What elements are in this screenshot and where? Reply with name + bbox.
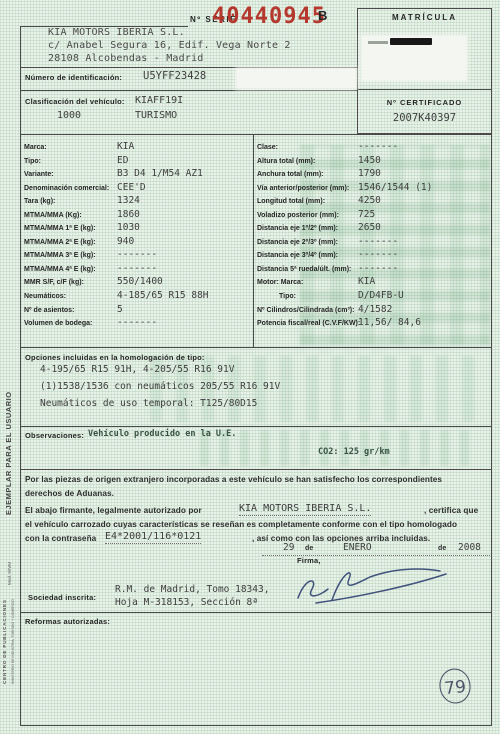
spec-right-label: Distancia eje 1º/2º (mm): <box>257 225 358 232</box>
spec-left-row: Neumáticos:4-185/65 R15 88H <box>24 290 250 304</box>
reforms-label: Reformas autorizadas: <box>25 617 110 626</box>
spec-left-label: Nº de asientos: <box>24 307 117 314</box>
frame-line <box>253 134 254 347</box>
spec-right-value: 725 <box>358 209 375 220</box>
vin-value: U5YFF23428 <box>143 70 206 82</box>
copy-type-label: EJEMPLAR PARA EL USUARIO <box>4 350 13 515</box>
spec-left-label: Neumáticos: <box>24 293 117 300</box>
serial-suffix: B <box>318 8 328 23</box>
registry-line2: Hoja M-318153, Sección 8ª <box>115 597 258 608</box>
spec-right-row: Distancia eje 1º/2º (mm):2650 <box>257 222 489 236</box>
spec-right-label: Nº Cilindros/Cilindrada (cm³): <box>257 307 358 314</box>
spec-right-row: Vía anterior/posterior (mm):1546/1544 (1… <box>257 182 489 196</box>
spec-left-value: B3 D4 1/M54 AZ1 <box>117 168 203 179</box>
spec-right-row: Tipo:D/D4FB-U <box>257 290 489 304</box>
spec-left-label: Variante: <box>24 171 117 178</box>
spec-right-row: Voladizo posterior (mm):725 <box>257 209 489 223</box>
spec-left-label: MMR S/F, c/F (kg): <box>24 279 117 286</box>
spec-left-value: 940 <box>117 236 134 247</box>
frame-line <box>20 469 492 470</box>
options-title: Opciones incluidas en la homologación de… <box>25 353 205 362</box>
spec-right-value: ------- <box>358 249 398 260</box>
spec-left-label: MTMA/MMA 3ª E (kg): <box>24 252 117 259</box>
spec-right-row: Distancia eje 2º/3º (mm):------- <box>257 236 489 250</box>
spec-left-row: Denominación comercial:CEE'D <box>24 182 250 196</box>
spec-left-label: MTMA/MMA 1ª E (kg): <box>24 225 117 232</box>
spec-right-label: Distancia eje 3º/4º (mm): <box>257 252 358 259</box>
frame-line <box>491 90 492 726</box>
spec-left-row: Tipo:ED <box>24 155 250 169</box>
spec-left-row: Tara (kg):1324 <box>24 195 250 209</box>
vin-redaction <box>237 69 355 88</box>
classification-label: Clasificación del vehículo: <box>25 97 125 106</box>
handwritten-circled-number: 79 <box>430 660 482 712</box>
specs-right-column: Clase:-------Altura total (mm):1450Anchu… <box>257 141 489 331</box>
spec-left-row: Variante:B3 D4 1/M54 AZ1 <box>24 168 250 182</box>
spec-left-value: ------- <box>117 317 157 328</box>
issuer-name: KIA MOTORS IBERIA S.L. <box>48 27 185 38</box>
spec-left-row: MTMA/MMA 3ª E (kg):------- <box>24 249 250 263</box>
observations-label: Observaciones: <box>25 431 84 440</box>
certification-text-line2: el vehículo carrozado cuyas característi… <box>25 520 457 529</box>
spec-left-value: 1860 <box>117 209 140 220</box>
spec-right-row: Distancia eje 3º/4º (mm):------- <box>257 249 489 263</box>
spec-left-value: CEE'D <box>117 182 146 193</box>
observations-value: Vehículo producido en la U.E. <box>88 429 236 439</box>
customs-text-line1: Por las piezas de origen extranjero inco… <box>25 475 442 484</box>
matricula-label: MATRÍCULA <box>357 13 492 22</box>
classification-class-name: TURISMO <box>135 110 177 121</box>
spec-right-value: 4/1582 <box>358 304 392 315</box>
spec-left-label: Tipo: <box>24 158 117 165</box>
date-month: ENERO <box>343 542 372 553</box>
spec-right-label: Clase: <box>257 144 358 151</box>
spec-left-label: Tara (kg): <box>24 198 117 205</box>
classification-type-code: KIAFF19I <box>135 95 183 106</box>
signature <box>288 558 463 606</box>
customs-text-line2: derechos de Aduanas. <box>25 489 114 498</box>
frame-line <box>20 725 492 726</box>
circle-icon: 79 <box>430 660 482 712</box>
spec-left-row: MTMA/MMA 4ª E (kg):------- <box>24 263 250 277</box>
date-year: 2008 <box>458 542 481 553</box>
spec-right-row: Nº Cilindros/Cilindrada (cm³):4/1582 <box>257 304 489 318</box>
certificate-label: Nº CERTIFICADO <box>357 98 492 107</box>
registry-line1: R.M. de Madrid, Tomo 18343, <box>115 584 269 595</box>
option-line: 4-195/65 R15 91H, 4-205/55 R16 91V <box>40 364 480 381</box>
spec-right-label: Motor: Marca: <box>257 279 358 286</box>
spec-right-value: D/D4FB-U <box>358 290 404 301</box>
spec-right-label: Potencia fiscal/real (C.V.F/KW): <box>257 320 358 327</box>
frame-line <box>20 90 358 91</box>
spec-right-label: Distancia 5ª rueda/últ. (mm): <box>257 266 358 273</box>
vehicle-technical-card: Nº SERIE 40440945 B MATRÍCULA KIA MOTORS… <box>0 0 500 734</box>
spec-right-row: Clase:------- <box>257 141 489 155</box>
spec-left-value: 550/1400 <box>117 276 163 287</box>
homologation-code: E4*2001/116*0121 <box>105 531 201 544</box>
spec-left-row: MTMA/MMA (Kg):1860 <box>24 209 250 223</box>
serial-number: 40440945 <box>212 4 326 29</box>
certificate-value: 2007K40397 <box>357 112 492 124</box>
frame-line <box>20 426 492 427</box>
registry-label: Sociedad inscrita: <box>28 593 96 602</box>
spec-left-row: Nº de asientos:5 <box>24 304 250 318</box>
date-day: 29 <box>283 542 294 553</box>
spec-right-label: Vía anterior/posterior (mm): <box>257 185 358 192</box>
certification-text-post: , certifica que <box>424 506 478 515</box>
spec-right-label: Tipo: <box>257 293 358 300</box>
spec-right-label: Voladizo posterior (mm): <box>257 212 358 219</box>
spec-right-label: Longitud total (mm): <box>257 198 358 205</box>
spec-right-label: Distancia eje 2º/3º (mm): <box>257 239 358 246</box>
frame-line <box>20 347 492 348</box>
spec-left-label: MTMA/MMA 4ª E (kg): <box>24 266 117 273</box>
spec-left-value: KIA <box>117 141 134 152</box>
frame-line <box>20 612 492 613</box>
ministry-label: MINISTERIO DE INDUSTRIA, TURISMO Y COMER… <box>11 594 15 684</box>
spec-left-value: ------- <box>117 249 157 260</box>
svg-text:79: 79 <box>443 677 467 699</box>
spec-right-value: 2650 <box>358 222 381 233</box>
certification-text-pre3: con la contraseña <box>25 534 96 543</box>
spec-right-value: 11,56/ 84,6 <box>358 317 421 328</box>
co2-value: CO2: 125 gr/km <box>318 447 390 457</box>
spec-left-row: Volumen de bodega:------- <box>24 317 250 331</box>
spec-left-value: 5 <box>117 304 123 315</box>
spec-right-value: ------- <box>358 263 398 274</box>
spec-left-label: Marca: <box>24 144 117 151</box>
matricula-smudge <box>368 41 388 44</box>
certification-text-post3: , así como con las opciones arriba inclu… <box>252 534 430 543</box>
spec-right-value: 1450 <box>358 155 381 166</box>
option-line: (1)1538/1536 con neumáticos 205/55 R16 9… <box>40 381 480 398</box>
spec-right-value: 1790 <box>358 168 381 179</box>
spec-right-label: Altura total (mm): <box>257 158 358 165</box>
spec-right-value: 4250 <box>358 195 381 206</box>
specs-left-column: Marca:KIATipo:EDVariante:B3 D4 1/M54 AZ1… <box>24 141 250 331</box>
certification-company: KIA MOTORS IBERIA S.L. <box>239 503 371 516</box>
spec-right-value: 1546/1544 (1) <box>358 182 432 193</box>
spec-left-value: 1324 <box>117 195 140 206</box>
spec-left-row: MTMA/MMA 1ª E (kg):1030 <box>24 222 250 236</box>
certification-text-pre: El abajo firmante, legalmente autorizado… <box>25 506 202 515</box>
spec-right-row: Distancia 5ª rueda/últ. (mm):------- <box>257 263 489 277</box>
spec-left-label: Denominación comercial: <box>24 185 117 192</box>
spec-right-value: KIA <box>358 276 375 287</box>
spec-left-row: Marca:KIA <box>24 141 250 155</box>
spec-left-value: 1030 <box>117 222 140 233</box>
spec-left-value: ED <box>117 155 128 166</box>
issuer-address-line1: c/ Anabel Segura 16, Edif. Vega Norte 2 <box>48 40 291 51</box>
option-line: Neumáticos de uso temporal: T125/80D15 <box>40 398 480 415</box>
date-de1: de <box>305 545 313 552</box>
frame-line <box>20 134 492 135</box>
spec-left-label: MTMA/MMA (Kg): <box>24 212 117 219</box>
spec-right-label: Anchura total (mm): <box>257 171 358 178</box>
frame-line <box>20 26 21 726</box>
spec-right-row: Anchura total (mm):1790 <box>257 168 489 182</box>
spec-left-value: ------- <box>117 263 157 274</box>
options-lines: 4-195/65 R15 91H, 4-205/55 R16 91V(1)153… <box>40 364 480 415</box>
vin-label: Número de identificación: <box>25 73 122 82</box>
spec-left-label: Volumen de bodega: <box>24 320 117 327</box>
classification-class-code: 1000 <box>57 110 81 121</box>
issuer-address-line2: 28108 Alcobendas - Madrid <box>48 53 204 64</box>
date-de2: de <box>438 545 446 552</box>
model-code-label: Mod. 9/IVM <box>7 540 12 585</box>
spec-left-label: MTMA/MMA 2ª E (kg): <box>24 239 117 246</box>
spec-right-row: Potencia fiscal/real (C.V.F/KW):11,56/ 8… <box>257 317 489 331</box>
matricula-smudge <box>390 38 432 45</box>
spec-right-value: ------- <box>358 141 398 152</box>
spec-right-row: Motor: Marca:KIA <box>257 276 489 290</box>
spec-right-row: Longitud total (mm):4250 <box>257 195 489 209</box>
spec-left-row: MMR S/F, c/F (kg):550/1400 <box>24 276 250 290</box>
spec-left-row: MTMA/MMA 2ª E (kg):940 <box>24 236 250 250</box>
publisher-label: CENTRO DE PUBLICACIONES <box>2 592 7 684</box>
spec-right-value: ------- <box>358 236 398 247</box>
spec-right-row: Altura total (mm):1450 <box>257 155 489 169</box>
spec-left-value: 4-185/65 R15 88H <box>117 290 209 301</box>
signature-icon <box>288 558 463 606</box>
